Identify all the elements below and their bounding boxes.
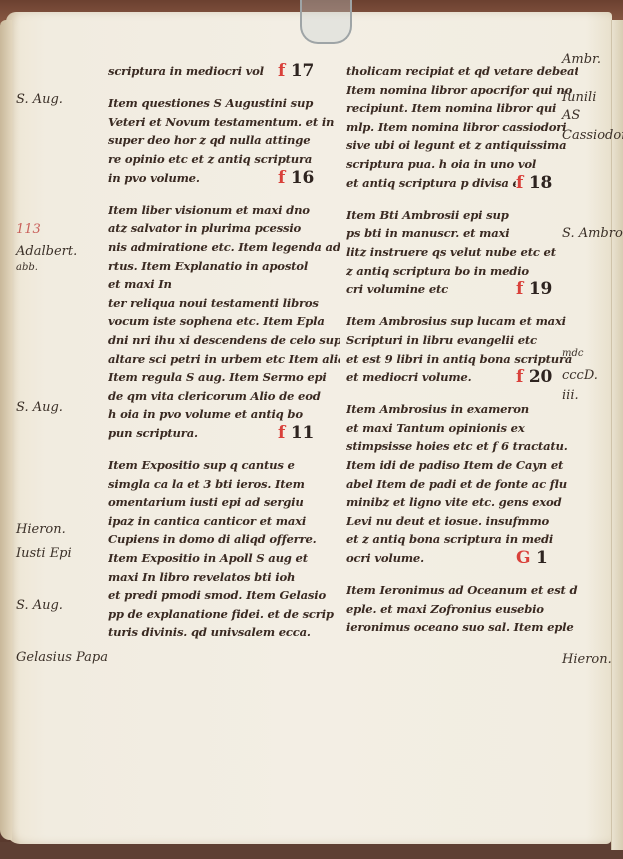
text-line: tholicam recipiat et qd vetare debeat. [346, 62, 578, 81]
text-line: Item Bti Ambrosii epi sup [346, 206, 578, 225]
text-line: Item Ieronimus ad Oceanum et est due [346, 581, 578, 600]
text-line: Item Expositio sup q cantus e [108, 456, 340, 475]
catalog-entry: Item Ieronimus ad Oceanum et est dueeple… [346, 581, 578, 637]
margin-annotation: Ambr. [562, 52, 601, 67]
text-line: Item Expositio in Apoll S aug et [108, 549, 340, 568]
text-line: super deo hor z qd nulla attinge [108, 131, 340, 150]
folio-reference: f 11 [278, 424, 333, 442]
text-line: in pvo volume. [108, 169, 278, 188]
text-line: Item questiones S Augustini sup [108, 94, 340, 113]
text-line: et maxi Tantum opinionis ex [346, 419, 578, 438]
text-line: minibz et ligno vite etc. gens exod [346, 493, 578, 512]
text-line: omentarium iusti epi ad sergiu [108, 493, 340, 512]
folio-reference: f 17 [278, 62, 333, 80]
text-line: altare sci petri in urbem etc Item alia [108, 350, 340, 369]
text-line: ps bti in manuscr. et maxi [346, 224, 578, 243]
folio-number: 11 [285, 423, 314, 443]
text-line: Item idi de padiso Item de Cayn et [346, 456, 578, 475]
folio-reference: G 1 [516, 549, 571, 567]
text-line: z antiq scriptura bo in medio [346, 262, 578, 281]
text-line: Item Ambrosius in exameron [346, 400, 578, 419]
text-line: sive ubi oi legunt et z antiquissima [346, 136, 578, 155]
margin-annotation: S. Ambros. [562, 226, 623, 241]
text-line: Veteri et Novum testamentum. et in [108, 113, 340, 132]
catalog-entry: Item Expositio sup q cantus esimgla ca l… [108, 456, 340, 642]
text-line: ocri volume. [346, 549, 516, 568]
text-line: cri volumine etc [346, 280, 516, 299]
text-line: simgla ca la et 3 bti ieros. Item [108, 475, 340, 494]
text-line: re opinio etc et z antiq scriptura [108, 150, 340, 169]
catalog-entry: Item liber visionum et maxi dnoatz salva… [108, 201, 340, 448]
text-line: et mediocri volume. [346, 368, 516, 387]
text-line: stimpsisse hoies etc et f 6 tractatu. [346, 437, 578, 456]
page-gutter [0, 20, 12, 840]
text-line: et antiq scriptura p divisa etc [346, 174, 516, 193]
margin-annotation: S. Aug. [16, 400, 63, 415]
text-line: nis admiratione etc. Item legenda adalbe [108, 238, 340, 257]
folio-letter-rubric: G [516, 548, 530, 568]
text-line: h oia in pvo volume et antiq bo [108, 405, 340, 424]
margin-annotation: 113 [16, 222, 41, 237]
book-binding-bottom [0, 842, 623, 859]
text-line: Item Ambrosius sup lucam et maxi [346, 312, 578, 331]
text-line: et z antiq bona scriptura in medi [346, 530, 578, 549]
text-column-left: scriptura in mediocri volf 17Item questi… [108, 62, 340, 650]
text-line: Item regula S aug. Item Sermo epi [108, 368, 340, 387]
folio-reference: f 18 [516, 174, 571, 192]
catalog-entry: Item Ambrosius sup lucam et maxiScriptur… [346, 312, 578, 392]
text-line: et maxi In [108, 275, 340, 294]
text-line: de qm vita clericorum Alio de eod [108, 387, 340, 406]
text-line: et est 9 libri in antiq bona scriptura [346, 350, 578, 369]
text-line: Item nomina libror apocrifor qui no [346, 81, 578, 100]
text-line: dni nri ihu xi descendens de celo sup [108, 331, 340, 350]
text-line: Levi nu deut et iosue. insufmmo [346, 512, 578, 531]
text-line: mlp. Item nomina libror cassiodori [346, 118, 578, 137]
text-line: litz instruere qs velut nube etc et [346, 243, 578, 262]
folio-number: 19 [523, 279, 552, 299]
folio-reference: f 19 [516, 280, 571, 298]
text-line: et predi pmodi smod. Item Gelasio [108, 586, 340, 605]
text-line: ieronimus oceano suo sal. Item eple [346, 618, 578, 637]
margin-annotation: Adalbert. [16, 244, 77, 259]
text-line: maxi In libro revelatos bti ioh [108, 568, 340, 587]
text-line: abel Item de padi et de fonte ac flu [346, 475, 578, 494]
catalog-entry: scriptura in mediocri volf 17 [108, 62, 340, 86]
margin-annotation: Gelasius Papa [16, 650, 108, 665]
folio-number: 1 [530, 548, 547, 568]
folio-number: 17 [285, 61, 314, 81]
margin-annotation: S. Aug. [16, 92, 63, 107]
margin-annotation: Cassiodori [562, 128, 623, 143]
folio-number: 20 [523, 367, 552, 387]
text-line: pp de explanatione fidei. et de scrip [108, 605, 340, 624]
text-line: Item liber visionum et maxi dno [108, 201, 340, 220]
text-line: scriptura in mediocri vol [108, 62, 278, 81]
catalog-entry: tholicam recipiat et qd vetare debeat.It… [346, 62, 578, 198]
margin-annotation: Iusti Epi [16, 546, 72, 561]
margin-annotation: Hieron. [16, 522, 66, 537]
folio-number: 16 [285, 168, 314, 188]
catalog-entry: Item Bti Ambrosii epi supps bti in manus… [346, 206, 578, 305]
text-line: atz salvator in plurima pcessio [108, 219, 340, 238]
text-line: rtus. Item Explanatio in apostol [108, 257, 340, 276]
margin-annotation: cccD. [562, 368, 598, 383]
page-fore-edge [611, 20, 623, 850]
margin-annotation: abb. [16, 262, 38, 273]
folio-reference: f 16 [278, 169, 333, 187]
margin-annotation: AS [562, 108, 580, 123]
text-line: Cupiens in domo di aliqd offerre. [108, 530, 340, 549]
text-line: eple. et maxi Zofronius eusebio [346, 600, 578, 619]
catalog-entry: Item questiones S Augustini supVeteri et… [108, 94, 340, 193]
margin-annotation: S. Aug. [16, 598, 63, 613]
text-line: ipaz in cantica canticor et maxi [108, 512, 340, 531]
text-line: Scripturi in libru evangelii etc [346, 331, 578, 350]
text-column-right: tholicam recipiat et qd vetare debeat.It… [346, 62, 578, 645]
text-line: recipiunt. Item nomina libror qui [346, 99, 578, 118]
catalog-entry: Item Ambrosius in exameronet maxi Tantum… [346, 400, 578, 573]
paper-clip [300, 0, 352, 44]
margin-annotation: Iunili [562, 90, 596, 105]
margin-annotation: mdc [562, 348, 583, 359]
text-line: scriptura pua. h oia in uno vol [346, 155, 578, 174]
margin-annotation: iii. [562, 388, 579, 403]
text-line: pun scriptura. [108, 424, 278, 443]
text-line: turis divinis. qd univsalem ecca. [108, 623, 340, 642]
text-line: vocum iste sophena etc. Item Epla [108, 312, 340, 331]
text-line: ter reliqua noui testamenti libros [108, 294, 340, 313]
folio-number: 18 [523, 173, 552, 193]
margin-annotation: Hieron. [562, 652, 612, 667]
